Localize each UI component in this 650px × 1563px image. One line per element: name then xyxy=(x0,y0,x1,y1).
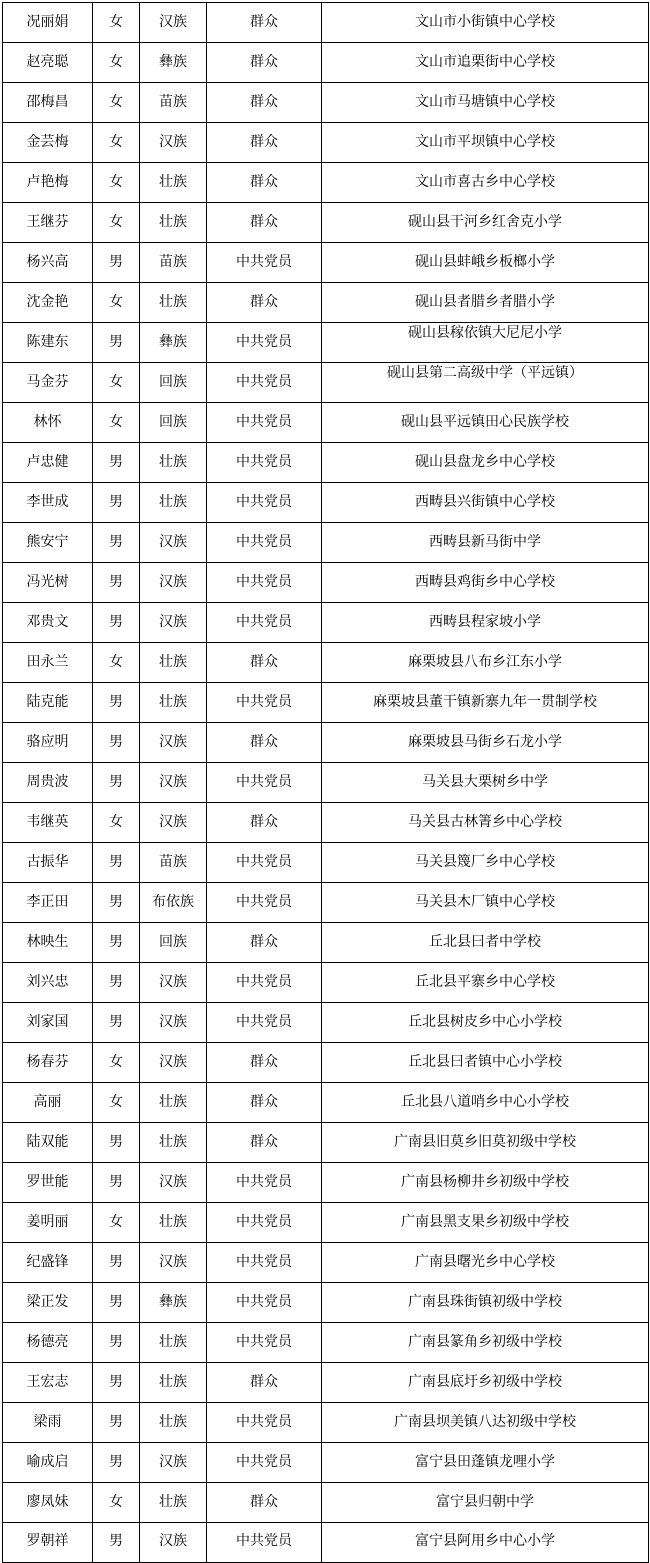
name-cell: 马金芬 xyxy=(3,363,93,403)
political-status-cell: 群众 xyxy=(207,1083,322,1123)
ethnicity-cell: 汉族 xyxy=(140,523,207,563)
ethnicity-cell: 壮族 xyxy=(140,1203,207,1243)
table-row: 罗朝祥男汉族中共党员富宁县阿用乡中心小学 xyxy=(3,1523,649,1563)
ethnicity-cell: 彝族 xyxy=(140,323,207,363)
ethnicity-cell: 汉族 xyxy=(140,123,207,163)
gender-cell: 女 xyxy=(93,1043,140,1083)
name-cell: 王继芬 xyxy=(3,203,93,243)
political-status-cell: 群众 xyxy=(207,163,322,203)
ethnicity-cell: 苗族 xyxy=(140,843,207,883)
political-status-cell: 群众 xyxy=(207,1483,322,1523)
table-row: 廖凤妹女壮族群众富宁县归朝中学 xyxy=(3,1483,649,1523)
table-row: 李正田男布依族中共党员马关县木厂镇中心学校 xyxy=(3,883,649,923)
ethnicity-cell: 壮族 xyxy=(140,203,207,243)
table-row: 罗世能男汉族中共党员广南县杨柳井乡初级中学校 xyxy=(3,1163,649,1203)
gender-cell: 女 xyxy=(93,803,140,843)
school-cell: 西畴县程家坡小学 xyxy=(322,603,649,643)
political-status-cell: 中共党员 xyxy=(207,1003,322,1043)
political-status-cell: 群众 xyxy=(207,1043,322,1083)
name-cell: 王宏志 xyxy=(3,1363,93,1403)
table-row: 喻成启男汉族中共党员富宁县田蓬镇龙哩小学 xyxy=(3,1443,649,1483)
table-row: 杨春芬女汉族群众丘北县曰者镇中心小学校 xyxy=(3,1043,649,1083)
table-row: 纪盛锋男汉族中共党员广南县曙光乡中心学校 xyxy=(3,1243,649,1283)
school-cell: 马关县大栗树乡中学 xyxy=(322,763,649,803)
gender-cell: 女 xyxy=(93,403,140,443)
political-status-cell: 群众 xyxy=(207,723,322,763)
political-status-cell: 群众 xyxy=(207,43,322,83)
name-cell: 赵亮聪 xyxy=(3,43,93,83)
school-cell: 文山市喜古乡中心学校 xyxy=(322,163,649,203)
table-row: 金芸梅女汉族群众文山市平坝镇中心学校 xyxy=(3,123,649,163)
name-cell: 罗朝祥 xyxy=(3,1523,93,1563)
name-cell: 卢艳梅 xyxy=(3,163,93,203)
political-status-cell: 中共党员 xyxy=(207,1203,322,1243)
name-cell: 陆克能 xyxy=(3,683,93,723)
gender-cell: 女 xyxy=(93,1203,140,1243)
political-status-cell: 中共党员 xyxy=(207,523,322,563)
ethnicity-cell: 汉族 xyxy=(140,803,207,843)
gender-cell: 男 xyxy=(93,1283,140,1323)
ethnicity-cell: 汉族 xyxy=(140,723,207,763)
name-cell: 邓贵文 xyxy=(3,603,93,643)
ethnicity-cell: 壮族 xyxy=(140,283,207,323)
name-cell: 冯光树 xyxy=(3,563,93,603)
school-cell: 文山市追栗街中心学校 xyxy=(322,43,649,83)
gender-cell: 男 xyxy=(93,243,140,283)
political-status-cell: 中共党员 xyxy=(207,1403,322,1443)
school-cell: 马关县古林箐乡中心学校 xyxy=(322,803,649,843)
gender-cell: 男 xyxy=(93,683,140,723)
gender-cell: 男 xyxy=(93,1003,140,1043)
ethnicity-cell: 汉族 xyxy=(140,603,207,643)
table-row: 卢艳梅女壮族群众文山市喜古乡中心学校 xyxy=(3,163,649,203)
table-row: 韦继英女汉族群众马关县古林箐乡中心学校 xyxy=(3,803,649,843)
table-row: 高丽女壮族群众丘北县八道哨乡中心小学校 xyxy=(3,1083,649,1123)
gender-cell: 男 xyxy=(93,1243,140,1283)
gender-cell: 男 xyxy=(93,1363,140,1403)
name-cell: 熊安宁 xyxy=(3,523,93,563)
school-cell: 麻栗坡县八布乡江东小学 xyxy=(322,643,649,683)
gender-cell: 女 xyxy=(93,643,140,683)
school-cell: 砚山县第二高级中学（平远镇） xyxy=(322,363,649,403)
political-status-cell: 群众 xyxy=(207,283,322,323)
gender-cell: 女 xyxy=(93,43,140,83)
ethnicity-cell: 壮族 xyxy=(140,1123,207,1163)
gender-cell: 男 xyxy=(93,763,140,803)
gender-cell: 男 xyxy=(93,883,140,923)
ethnicity-cell: 壮族 xyxy=(140,483,207,523)
gender-cell: 女 xyxy=(93,83,140,123)
name-cell: 古振华 xyxy=(3,843,93,883)
gender-cell: 男 xyxy=(93,603,140,643)
political-status-cell: 群众 xyxy=(207,203,322,243)
ethnicity-cell: 苗族 xyxy=(140,83,207,123)
school-cell: 广南县珠街镇初级中学校 xyxy=(322,1283,649,1323)
gender-cell: 男 xyxy=(93,923,140,963)
political-status-cell: 群众 xyxy=(207,1363,322,1403)
ethnicity-cell: 壮族 xyxy=(140,1403,207,1443)
table-row: 杨德亮男壮族中共党员广南县篆角乡初级中学校 xyxy=(3,1323,649,1363)
political-status-cell: 中共党员 xyxy=(207,483,322,523)
ethnicity-cell: 回族 xyxy=(140,363,207,403)
table-row: 陈建东男彝族中共党员砚山县稼依镇大尼尼小学 xyxy=(3,323,649,363)
school-cell: 丘北县曰者镇中心小学校 xyxy=(322,1043,649,1083)
gender-cell: 男 xyxy=(93,963,140,1003)
name-cell: 廖凤妹 xyxy=(3,1483,93,1523)
political-status-cell: 中共党员 xyxy=(207,1443,322,1483)
table-row: 刘兴忠男汉族中共党员丘北县平寨乡中心学校 xyxy=(3,963,649,1003)
gender-cell: 男 xyxy=(93,1163,140,1203)
name-cell: 卢忠健 xyxy=(3,443,93,483)
gender-cell: 男 xyxy=(93,483,140,523)
ethnicity-cell: 汉族 xyxy=(140,1043,207,1083)
school-cell: 文山市小街镇中心学校 xyxy=(322,3,649,43)
school-cell: 砚山县者腊乡者腊小学 xyxy=(322,283,649,323)
ethnicity-cell: 汉族 xyxy=(140,1443,207,1483)
school-cell: 丘北县八道哨乡中心小学校 xyxy=(322,1083,649,1123)
table-row: 林映生男回族群众丘北县曰者中学校 xyxy=(3,923,649,963)
name-cell: 林映生 xyxy=(3,923,93,963)
political-status-cell: 群众 xyxy=(207,3,322,43)
school-cell: 麻栗坡县马街乡石龙小学 xyxy=(322,723,649,763)
ethnicity-cell: 壮族 xyxy=(140,643,207,683)
name-cell: 邵梅昌 xyxy=(3,83,93,123)
ethnicity-cell: 壮族 xyxy=(140,163,207,203)
name-cell: 梁正发 xyxy=(3,1283,93,1323)
ethnicity-cell: 壮族 xyxy=(140,1363,207,1403)
school-cell: 西畴县新马街中学 xyxy=(322,523,649,563)
school-cell: 文山市马塘镇中心学校 xyxy=(322,83,649,123)
political-status-cell: 中共党员 xyxy=(207,1163,322,1203)
ethnicity-cell: 汉族 xyxy=(140,1523,207,1563)
political-status-cell: 中共党员 xyxy=(207,763,322,803)
gender-cell: 女 xyxy=(93,363,140,403)
name-cell: 林怀 xyxy=(3,403,93,443)
gender-cell: 女 xyxy=(93,203,140,243)
table-row: 赵亮聪女彝族群众文山市追栗街中心学校 xyxy=(3,43,649,83)
table-row: 杨兴高男苗族中共党员砚山县蚌峨乡板榔小学 xyxy=(3,243,649,283)
school-cell: 砚山县干河乡红舍克小学 xyxy=(322,203,649,243)
table-row: 冯光树男汉族中共党员西畴县鸡街乡中心学校 xyxy=(3,563,649,603)
name-cell: 刘家国 xyxy=(3,1003,93,1043)
table-row: 田永兰女壮族群众麻栗坡县八布乡江东小学 xyxy=(3,643,649,683)
name-cell: 高丽 xyxy=(3,1083,93,1123)
document-page: 况丽娟女汉族群众文山市小街镇中心学校赵亮聪女彝族群众文山市追栗街中心学校邵梅昌女… xyxy=(0,0,650,1563)
political-status-cell: 中共党员 xyxy=(207,443,322,483)
political-status-cell: 中共党员 xyxy=(207,403,322,443)
table-row: 梁正发男彝族中共党员广南县珠街镇初级中学校 xyxy=(3,1283,649,1323)
gender-cell: 男 xyxy=(93,523,140,563)
name-cell: 刘兴忠 xyxy=(3,963,93,1003)
political-status-cell: 中共党员 xyxy=(207,883,322,923)
political-status-cell: 中共党员 xyxy=(207,963,322,1003)
school-cell: 富宁县归朝中学 xyxy=(322,1483,649,1523)
name-cell: 纪盛锋 xyxy=(3,1243,93,1283)
political-status-cell: 中共党员 xyxy=(207,1323,322,1363)
ethnicity-cell: 壮族 xyxy=(140,1323,207,1363)
school-cell: 广南县篆角乡初级中学校 xyxy=(322,1323,649,1363)
table-row: 况丽娟女汉族群众文山市小街镇中心学校 xyxy=(3,3,649,43)
gender-cell: 男 xyxy=(93,1443,140,1483)
school-cell: 丘北县平寨乡中心学校 xyxy=(322,963,649,1003)
name-cell: 李世成 xyxy=(3,483,93,523)
table-row: 熊安宁男汉族中共党员西畴县新马街中学 xyxy=(3,523,649,563)
political-status-cell: 群众 xyxy=(207,83,322,123)
table-row: 刘家国男汉族中共党员丘北县树皮乡中心小学校 xyxy=(3,1003,649,1043)
school-cell: 富宁县阿用乡中心小学 xyxy=(322,1523,649,1563)
ethnicity-cell: 壮族 xyxy=(140,683,207,723)
name-cell: 骆应明 xyxy=(3,723,93,763)
name-cell: 杨兴高 xyxy=(3,243,93,283)
political-status-cell: 中共党员 xyxy=(207,363,322,403)
personnel-table: 况丽娟女汉族群众文山市小街镇中心学校赵亮聪女彝族群众文山市追栗街中心学校邵梅昌女… xyxy=(2,2,649,1563)
table-row: 陆克能男壮族中共党员麻栗坡县董干镇新寨九年一贯制学校 xyxy=(3,683,649,723)
ethnicity-cell: 汉族 xyxy=(140,1243,207,1283)
political-status-cell: 群众 xyxy=(207,1123,322,1163)
political-status-cell: 中共党员 xyxy=(207,563,322,603)
gender-cell: 男 xyxy=(93,843,140,883)
political-status-cell: 中共党员 xyxy=(207,243,322,283)
ethnicity-cell: 壮族 xyxy=(140,443,207,483)
name-cell: 姜明丽 xyxy=(3,1203,93,1243)
school-cell: 广南县黑支果乡初级中学校 xyxy=(322,1203,649,1243)
school-cell: 西畴县兴街镇中心学校 xyxy=(322,483,649,523)
ethnicity-cell: 彝族 xyxy=(140,43,207,83)
ethnicity-cell: 苗族 xyxy=(140,243,207,283)
school-cell: 文山市平坝镇中心学校 xyxy=(322,123,649,163)
table-row: 沈金艳女壮族群众砚山县者腊乡者腊小学 xyxy=(3,283,649,323)
political-status-cell: 群众 xyxy=(207,643,322,683)
school-cell: 马关县篾厂乡中心学校 xyxy=(322,843,649,883)
table-row: 王宏志男壮族群众广南县底圩乡初级中学校 xyxy=(3,1363,649,1403)
name-cell: 陆双能 xyxy=(3,1123,93,1163)
political-status-cell: 中共党员 xyxy=(207,1243,322,1283)
political-status-cell: 中共党员 xyxy=(207,1283,322,1323)
school-cell: 广南县底圩乡初级中学校 xyxy=(322,1363,649,1403)
political-status-cell: 中共党员 xyxy=(207,683,322,723)
school-cell: 丘北县曰者中学校 xyxy=(322,923,649,963)
table-row: 马金芬女回族中共党员砚山县第二高级中学（平远镇） xyxy=(3,363,649,403)
name-cell: 罗世能 xyxy=(3,1163,93,1203)
table-row: 陆双能男壮族群众广南县旧莫乡旧莫初级中学校 xyxy=(3,1123,649,1163)
table-row: 姜明丽女壮族中共党员广南县黑支果乡初级中学校 xyxy=(3,1203,649,1243)
school-cell: 西畴县鸡街乡中心学校 xyxy=(322,563,649,603)
table-row: 邓贵文男汉族中共党员西畴县程家坡小学 xyxy=(3,603,649,643)
gender-cell: 男 xyxy=(93,1523,140,1563)
gender-cell: 男 xyxy=(93,723,140,763)
school-cell: 广南县坝美镇八达初级中学校 xyxy=(322,1403,649,1443)
table-row: 梁雨男壮族中共党员广南县坝美镇八达初级中学校 xyxy=(3,1403,649,1443)
name-cell: 李正田 xyxy=(3,883,93,923)
table-row: 卢忠健男壮族中共党员砚山县盘龙乡中心学校 xyxy=(3,443,649,483)
name-cell: 陈建东 xyxy=(3,323,93,363)
ethnicity-cell: 回族 xyxy=(140,923,207,963)
school-cell: 砚山县平远镇田心民族学校 xyxy=(322,403,649,443)
ethnicity-cell: 汉族 xyxy=(140,563,207,603)
school-cell: 富宁县田蓬镇龙哩小学 xyxy=(322,1443,649,1483)
gender-cell: 女 xyxy=(93,163,140,203)
school-cell: 砚山县蚌峨乡板榔小学 xyxy=(322,243,649,283)
school-cell: 麻栗坡县董干镇新寨九年一贯制学校 xyxy=(322,683,649,723)
political-status-cell: 中共党员 xyxy=(207,1523,322,1563)
ethnicity-cell: 彝族 xyxy=(140,1283,207,1323)
gender-cell: 男 xyxy=(93,1403,140,1443)
name-cell: 周贵波 xyxy=(3,763,93,803)
table-row: 李世成男壮族中共党员西畴县兴街镇中心学校 xyxy=(3,483,649,523)
ethnicity-cell: 汉族 xyxy=(140,963,207,1003)
gender-cell: 女 xyxy=(93,1483,140,1523)
name-cell: 田永兰 xyxy=(3,643,93,683)
name-cell: 韦继英 xyxy=(3,803,93,843)
school-cell: 广南县杨柳井乡初级中学校 xyxy=(322,1163,649,1203)
table-row: 王继芬女壮族群众砚山县干河乡红舍克小学 xyxy=(3,203,649,243)
school-cell: 马关县木厂镇中心学校 xyxy=(322,883,649,923)
political-status-cell: 群众 xyxy=(207,923,322,963)
table-row: 林怀女回族中共党员砚山县平远镇田心民族学校 xyxy=(3,403,649,443)
ethnicity-cell: 汉族 xyxy=(140,1163,207,1203)
ethnicity-cell: 布依族 xyxy=(140,883,207,923)
gender-cell: 女 xyxy=(93,1083,140,1123)
gender-cell: 男 xyxy=(93,1123,140,1163)
political-status-cell: 中共党员 xyxy=(207,323,322,363)
table-body: 况丽娟女汉族群众文山市小街镇中心学校赵亮聪女彝族群众文山市追栗街中心学校邵梅昌女… xyxy=(3,3,649,1563)
ethnicity-cell: 汉族 xyxy=(140,763,207,803)
gender-cell: 女 xyxy=(93,123,140,163)
name-cell: 况丽娟 xyxy=(3,3,93,43)
school-cell: 砚山县稼依镇大尼尼小学 xyxy=(322,323,649,363)
table-row: 古振华男苗族中共党员马关县篾厂乡中心学校 xyxy=(3,843,649,883)
table-row: 周贵波男汉族中共党员马关县大栗树乡中学 xyxy=(3,763,649,803)
ethnicity-cell: 回族 xyxy=(140,403,207,443)
ethnicity-cell: 壮族 xyxy=(140,1083,207,1123)
name-cell: 梁雨 xyxy=(3,1403,93,1443)
gender-cell: 女 xyxy=(93,283,140,323)
name-cell: 杨春芬 xyxy=(3,1043,93,1083)
name-cell: 喻成启 xyxy=(3,1443,93,1483)
gender-cell: 男 xyxy=(93,563,140,603)
name-cell: 杨德亮 xyxy=(3,1323,93,1363)
table-row: 骆应明男汉族群众麻栗坡县马街乡石龙小学 xyxy=(3,723,649,763)
name-cell: 沈金艳 xyxy=(3,283,93,323)
gender-cell: 男 xyxy=(93,323,140,363)
school-cell: 丘北县树皮乡中心小学校 xyxy=(322,1003,649,1043)
gender-cell: 男 xyxy=(93,443,140,483)
gender-cell: 女 xyxy=(93,3,140,43)
political-status-cell: 群众 xyxy=(207,803,322,843)
school-cell: 广南县旧莫乡旧莫初级中学校 xyxy=(322,1123,649,1163)
ethnicity-cell: 汉族 xyxy=(140,3,207,43)
name-cell: 金芸梅 xyxy=(3,123,93,163)
political-status-cell: 中共党员 xyxy=(207,843,322,883)
table-row: 邵梅昌女苗族群众文山市马塘镇中心学校 xyxy=(3,83,649,123)
gender-cell: 男 xyxy=(93,1323,140,1363)
ethnicity-cell: 壮族 xyxy=(140,1483,207,1523)
political-status-cell: 中共党员 xyxy=(207,603,322,643)
ethnicity-cell: 汉族 xyxy=(140,1003,207,1043)
political-status-cell: 群众 xyxy=(207,123,322,163)
school-cell: 广南县曙光乡中心学校 xyxy=(322,1243,649,1283)
school-cell: 砚山县盘龙乡中心学校 xyxy=(322,443,649,483)
